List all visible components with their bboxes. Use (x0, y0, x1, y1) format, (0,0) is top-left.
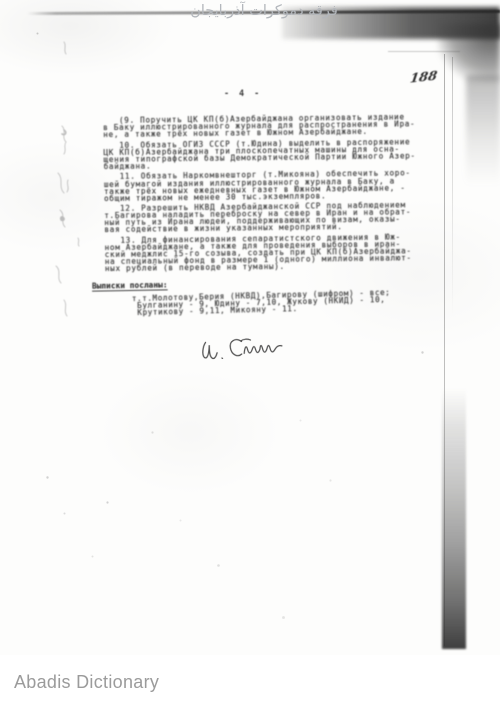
stalin-signature (198, 329, 304, 369)
paragraph-11: 11. Обязать Наркомвнешторг (т.Микояна) о… (104, 169, 444, 202)
page-edge-line-2 (452, 57, 453, 317)
document-scan: فرقه دموکرات آذربایجان 188 - 4 - (9. Пор… (0, 0, 500, 655)
paragraph-9: (9. Поручить ЦК КП(б)Азербайджана органи… (103, 113, 443, 138)
distribution-heading: Выписки посланы: (92, 280, 168, 290)
scan-right-edge-fade (466, 75, 500, 185)
page: فرقه دموکرات آذربایجان 188 - 4 - (9. Пор… (0, 0, 500, 705)
scan-noise (0, 0, 1, 1)
signature-drawing (198, 329, 303, 364)
paragraph-12: 12. Разрешить НКВД Азербайджанской ССР п… (104, 201, 444, 234)
footer: Abadis Dictionary (0, 655, 500, 705)
folio-number: 188 (409, 68, 438, 86)
scan-corner-smudge (438, 24, 500, 82)
margin-scribbles-drawing (40, 38, 100, 338)
site-watermark: فرقه دموکرات آذربایجان (168, 3, 360, 19)
paragraph-13: 13. Для финансирования сепаратистского д… (105, 233, 445, 273)
page-number: - 4 - (224, 89, 262, 99)
paragraph-10: 10. Обязать ОГИЗ СССР (т.Юдина) выделить… (103, 138, 443, 171)
scan-right-shadow (442, 388, 466, 649)
brand-name: Abadis Dictionary (14, 672, 159, 693)
typed-text-block: (9. Поручить ЦК КП(б)Азербайджана органи… (103, 113, 445, 273)
